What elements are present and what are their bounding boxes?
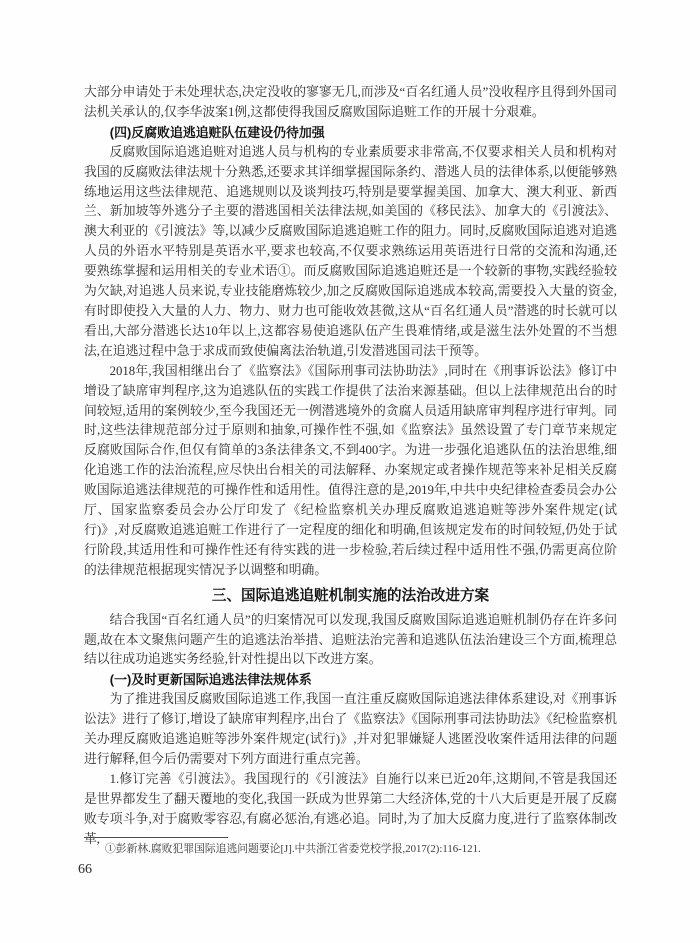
page-number: 66 (78, 862, 92, 878)
subheading-section-1: (一)及时更新国际追逃法律法规体系 (84, 670, 617, 690)
footnote-text: 彭新林.腐败犯罪国际追逃问题要论[J].中共浙江省委党校学报,2017(2):1… (116, 843, 481, 855)
body-paragraph: 结合我国“百名红通人员”的归案情况可以发现,我国反腐败国际追逃追赃机制仍存在许多… (84, 611, 617, 671)
footnote-text-line: ①彭新林.腐败犯罪国际追逃问题要论[J].中共浙江省委党校学报,2017(2):… (84, 842, 617, 856)
body-paragraph: 为了推进我国反腐败国际追逃工作,我国一直注重反腐败国际追逃法律体系建设,对《刑事… (84, 690, 617, 770)
document-page: 大部分申请处于未处理状态,决定没收的寥寥无几,而涉及“百名红通人员”没收程序且得… (0, 0, 700, 943)
footnote-area: ①彭新林.腐败犯罪国际追逃问题要论[J].中共浙江省委党校学报,2017(2):… (84, 837, 617, 856)
body-paragraph-continued: 大部分申请处于未处理状态,决定没收的寥寥无几,而涉及“百名红通人员”没收程序且得… (84, 83, 617, 123)
page-body: 大部分申请处于未处理状态,决定没收的寥寥无几,而涉及“百名红通人员”没收程序且得… (84, 83, 617, 850)
section-heading-3: 三、国际追逃追赃机制实施的法治改进方案 (84, 586, 617, 606)
body-paragraph: 反腐败国际追逃追赃对追逃人员与机构的专业素质要求非常高,不仅要求相关人员和机构对… (84, 143, 617, 362)
subheading-section-4: (四)反腐败追逃追赃队伍建设仍待加强 (84, 123, 617, 143)
footnote-divider (84, 837, 228, 838)
body-paragraph: 2018年,我国相继出台了《监察法》《国际刑事司法协助法》,同时在《刑事诉讼法》… (84, 362, 617, 581)
footnote-marker: ① (105, 843, 116, 855)
